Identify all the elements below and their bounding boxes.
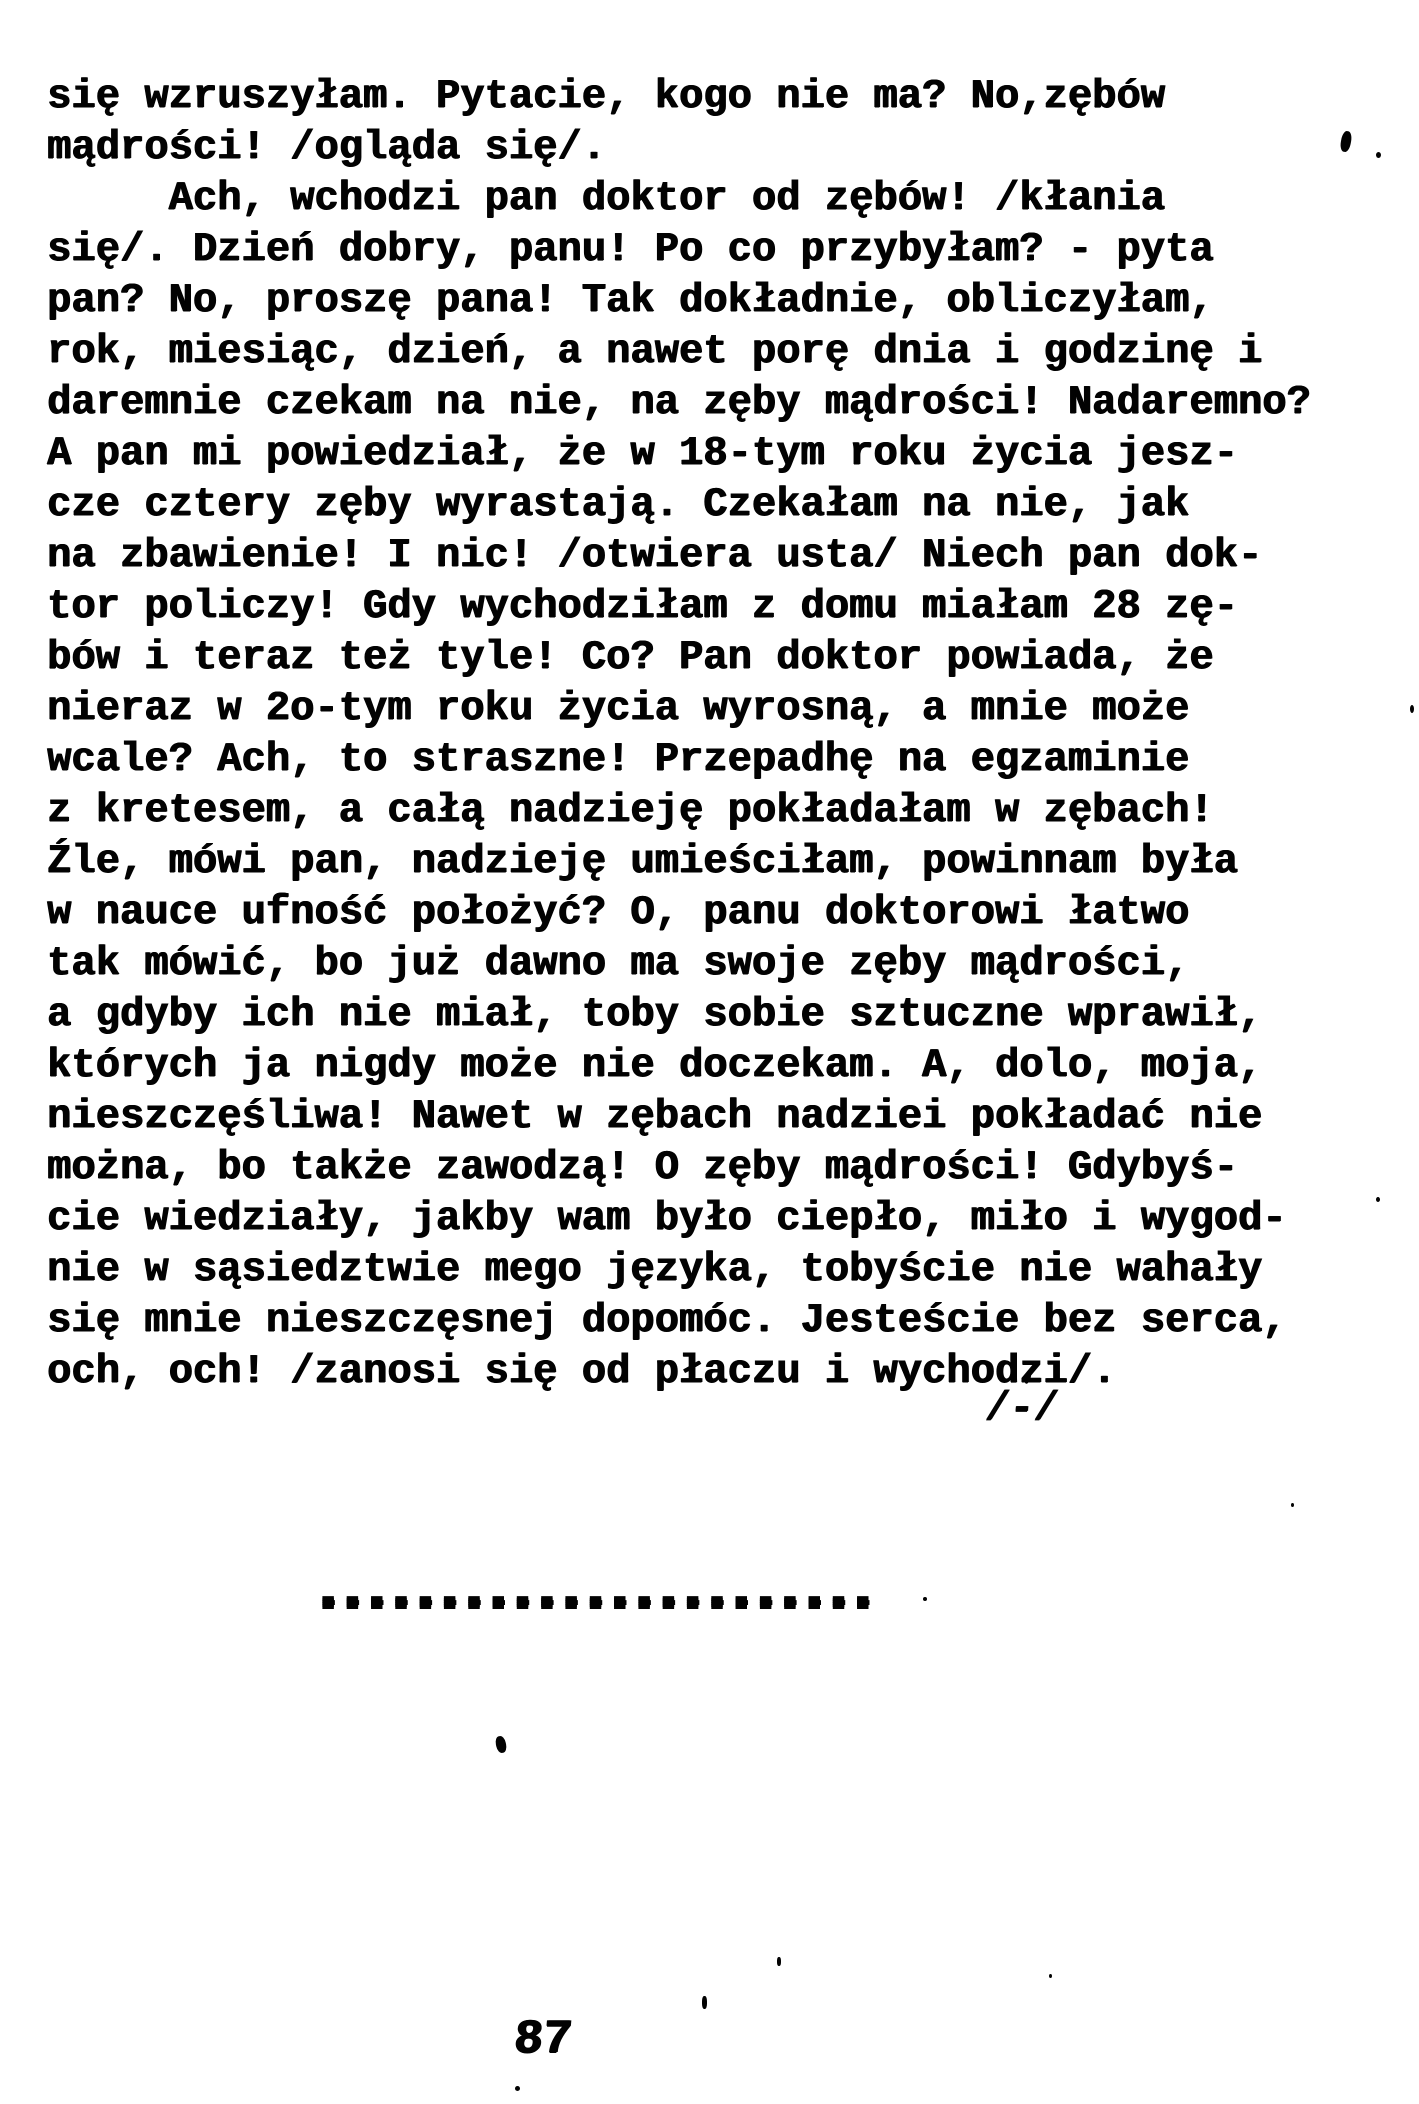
text-line: można, bo także zawodzą! O zęby mądrości… <box>47 1143 1387 1194</box>
ink-speck <box>1291 1503 1294 1507</box>
text-line: mądrości! /ogląda się/. <box>47 123 1387 174</box>
text-line: Źle, mówi pan, nadzieję umieściłam, powi… <box>47 837 1387 888</box>
text-line: na zbawienie! I nic! /otwiera usta/ Niec… <box>47 531 1387 582</box>
text-line: cze cztery zęby wyrastają. Czekałam na n… <box>47 480 1387 531</box>
signature-mark: /-/ <box>983 1384 1059 1435</box>
separator-rule: ----------------------- <box>316 1578 875 1629</box>
text-line: nie w sąsiedztwie mego języka, tobyście … <box>47 1245 1387 1296</box>
ink-speck <box>1376 152 1381 158</box>
ink-speck <box>777 1957 781 1966</box>
text-line: których ja nigdy może nie doczekam. A, d… <box>47 1041 1387 1092</box>
ink-speck <box>923 1597 927 1601</box>
text-line: A pan mi powiedział, że w 18-tym roku ży… <box>47 429 1387 480</box>
ink-speck <box>494 1735 507 1754</box>
text-line: się mnie nieszczęsnej dopomóc. Jesteście… <box>47 1296 1387 1347</box>
text-line: w nauce ufność położyć? O, panu doktorow… <box>47 888 1387 939</box>
text-line: nieszczęśliwa! Nawet w zębach nadziei po… <box>47 1092 1387 1143</box>
text-line: och, och! /zanosi się od płaczu i wychod… <box>47 1347 1387 1398</box>
text-line: rok, miesiąc, dzień, a nawet porę dnia i… <box>47 327 1387 378</box>
text-line: a gdyby ich nie miał, toby sobie sztuczn… <box>47 990 1387 1041</box>
text-line: daremnie czekam na nie, na zęby mądrości… <box>47 378 1387 429</box>
text-line: tor policzy! Gdy wychodziłam z domu miał… <box>47 582 1387 633</box>
typewritten-text: się wzruszyłam. Pytacie, kogo nie ma? No… <box>47 72 1387 1398</box>
ink-speck <box>515 2086 520 2091</box>
text-line: się wzruszyłam. Pytacie, kogo nie ma? No… <box>47 72 1387 123</box>
ink-speck <box>702 1996 707 2009</box>
text-line: Ach, wchodzi pan doktor od zębów! /kłani… <box>47 174 1387 225</box>
text-line: z kretesem, a całą nadzieję pokładałam w… <box>47 786 1387 837</box>
page: się wzruszyłam. Pytacie, kogo nie ma? No… <box>0 0 1419 2104</box>
ink-speck <box>1410 705 1414 713</box>
page-number: 87 <box>512 2012 575 2068</box>
text-line: tak mówić, bo już dawno ma swoje zęby mą… <box>47 939 1387 990</box>
ink-speck <box>1376 1197 1380 1202</box>
text-line: pan? No, proszę pana! Tak dokładnie, obl… <box>47 276 1387 327</box>
text-line: bów i teraz też tyle! Co? Pan doktor pow… <box>47 633 1387 684</box>
text-line: się/. Dzień dobry, panu! Po co przybyłam… <box>47 225 1387 276</box>
ink-speck <box>1049 1974 1052 1978</box>
text-line: wcale? Ach, to straszne! Przepadhę na eg… <box>47 735 1387 786</box>
text-line: nieraz w 2o-tym roku życia wyrosną, a mn… <box>47 684 1387 735</box>
text-line: cie wiedziały, jakby wam było ciepło, mi… <box>47 1194 1387 1245</box>
